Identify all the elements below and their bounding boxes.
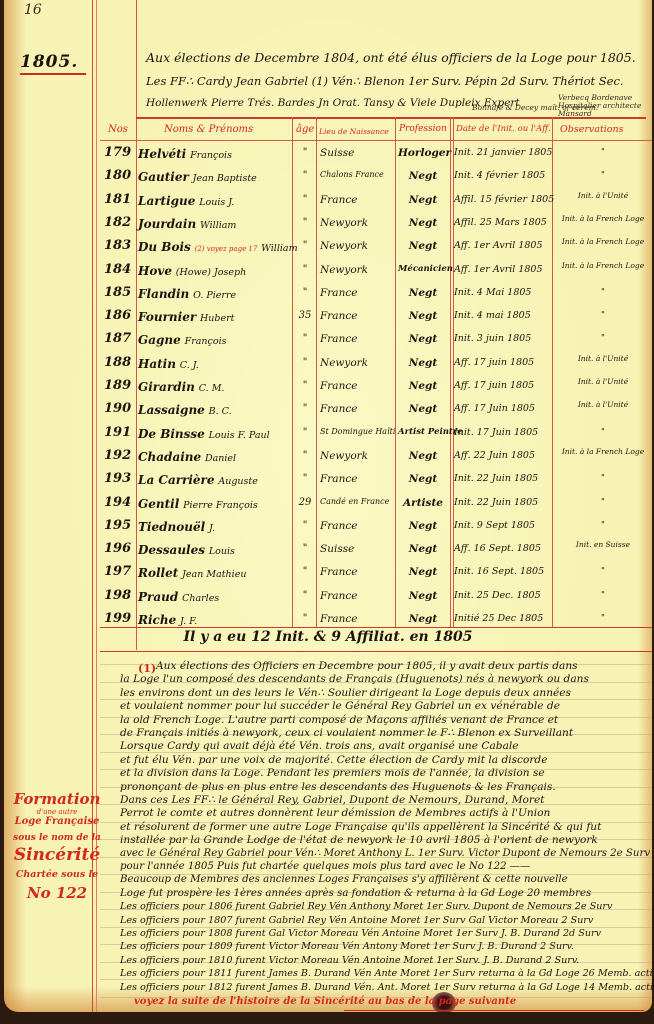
observation: Init. à la French Loge — [556, 215, 650, 223]
note-line: Lorsque Cardy qui avait déjà été Vén. tr… — [120, 740, 519, 752]
birthplace: Suisse — [320, 543, 392, 555]
entry-number: 182 — [104, 215, 134, 230]
initiation-date: Aff. 17 juin 1805 — [454, 380, 550, 391]
member-name: Rollet Jean Mathieu — [138, 566, 288, 580]
birthplace: Newyork — [320, 217, 392, 229]
initiation-date: Affil. 25 Mars 1805 — [454, 217, 550, 228]
note-line: Loge fut prospère les 1ères années après… — [120, 888, 591, 899]
entry-number: 194 — [104, 495, 134, 510]
age: " — [294, 450, 316, 461]
birthplace: France — [320, 590, 392, 602]
birthplace: Candé en France — [320, 497, 392, 506]
col-header-no: Nos — [108, 124, 128, 135]
entry-number: 184 — [104, 262, 134, 277]
entry-number: 199 — [104, 611, 134, 626]
table-row: 195Tiednouël J."FranceNegtInit. 9 Sept 1… — [4, 516, 652, 540]
col-header-date: Date de l'Init. ou l'Aff. — [456, 124, 551, 134]
initiation-date: Affil. 15 février 1805 — [454, 194, 550, 205]
table-row: 180Gautier Jean Baptiste"Chalons FranceN… — [4, 166, 652, 190]
observation: Init. à l'Unité — [556, 192, 650, 200]
age: " — [294, 240, 316, 251]
observation: Init. à l'Unité — [556, 378, 650, 386]
initiation-date: Aff. 17 juin 1805 — [454, 357, 550, 368]
profession: Negt — [398, 380, 448, 392]
entry-number: 181 — [104, 192, 134, 207]
note-line: la old French Loge. L'autre parti compos… — [120, 714, 558, 726]
age: " — [294, 403, 316, 414]
observation: Init. en Suisse — [556, 541, 650, 549]
note-line: et voulaient nommer pour lui succéder le… — [120, 700, 560, 712]
member-name: Helvéti François — [138, 147, 288, 161]
surname: Girardin — [138, 380, 195, 394]
birthplace: Newyork — [320, 264, 392, 276]
surname: Hatin — [138, 357, 176, 371]
observation: " — [556, 473, 650, 483]
observation: " — [556, 520, 650, 530]
age: " — [294, 287, 316, 298]
note-line: de Français initiés à newyork, ceux ci v… — [120, 727, 573, 739]
margin-note-title: Formation — [10, 790, 104, 808]
observation: " — [556, 147, 650, 157]
cross-reference-note: (2) voyez page 17 — [195, 245, 258, 253]
observation: " — [556, 287, 650, 297]
age: " — [294, 543, 316, 554]
continuation-note: voyez la suite de l'histoire de la Sincé… — [134, 996, 516, 1007]
initiation-date: Aff. 16 Sept. 1805 — [454, 543, 550, 554]
given-name: Louis — [209, 546, 235, 557]
surname: La Carrière — [138, 473, 215, 487]
profession: Negt — [398, 543, 448, 555]
age: " — [294, 520, 316, 531]
summary-bottom-rule — [100, 651, 652, 652]
birthplace: Newyork — [320, 450, 392, 462]
initiation-date: Init. 17 Juin 1805 — [454, 427, 550, 438]
birthplace: France — [320, 194, 392, 206]
year-heading: 1805. — [20, 52, 78, 72]
observation: Init. à l'Unité — [556, 355, 650, 363]
profession: Negt — [398, 450, 448, 462]
table-row: 185Flandin O. Pierre"FranceNegtInit. 4 M… — [4, 283, 652, 307]
given-name: O. Pierre — [193, 290, 236, 301]
note-line: et la division dans la Loge. Pendant les… — [120, 767, 545, 779]
birthplace: France — [320, 287, 392, 299]
member-name: La Carrière Auguste — [138, 473, 288, 487]
entry-number: 185 — [104, 285, 134, 300]
observation: Init. à la French Loge — [556, 262, 650, 270]
page-number: 16 — [24, 2, 42, 18]
initiation-date: Aff. 1er Avril 1805 — [454, 240, 550, 251]
member-name: Chadaine Daniel — [138, 450, 288, 464]
table-row: 191De Binsse Louis F. Paul"St Domingue H… — [4, 423, 652, 447]
initiation-date: Init. 22 Juin 1805 — [454, 473, 550, 484]
continuation-underline — [344, 1010, 644, 1011]
member-name: Jourdain William — [138, 217, 288, 231]
given-name: Louis F. Paul — [209, 430, 270, 441]
note-line: Les officiers pour 1811 furent James B. … — [120, 968, 652, 979]
surname: Chadaine — [138, 450, 201, 464]
col-header-profession: Profession — [399, 124, 447, 134]
birthplace: France — [320, 333, 392, 345]
margin-note-sub2: Loge Française — [10, 816, 104, 827]
observation: " — [556, 170, 650, 180]
note-line: installée par la Grande Lodge de l'état … — [120, 834, 598, 846]
given-name: Charles — [182, 593, 219, 604]
age: " — [294, 357, 316, 368]
profession: Negt — [398, 613, 448, 625]
member-name: Du Bois (2) voyez page 17 William — [138, 240, 288, 254]
surname: De Binsse — [138, 427, 205, 441]
initiation-date: Initié 25 Dec 1805 — [454, 613, 550, 624]
member-name: Dessaules Louis — [138, 543, 288, 557]
initiation-date: Init. 25 Dec. 1805 — [454, 590, 550, 601]
table-row: 192Chadaine Daniel"NewyorkNegtAff. 22 Ju… — [4, 446, 652, 470]
entry-number: 197 — [104, 564, 134, 579]
given-name: C. M. — [199, 383, 225, 394]
birthplace: Newyork — [320, 357, 392, 369]
profession: Negt — [398, 590, 448, 602]
col-header-age: âge — [296, 124, 314, 135]
entry-number: 191 — [104, 425, 134, 440]
table-row: 179Helvéti François"SuisseHorlogerInit. … — [4, 143, 652, 167]
table-row: 187Gagne François"FranceNegtInit. 3 juin… — [4, 329, 652, 353]
surname: Jourdain — [138, 217, 196, 231]
note-line: Les officiers pour 1808 furent Gal Victo… — [120, 928, 601, 939]
surname: Riche — [138, 613, 176, 627]
surname: Lartigue — [138, 194, 195, 208]
member-name: Tiednouël J. — [138, 520, 288, 534]
birthplace: France — [320, 566, 392, 578]
member-name: Hove (Howe) Joseph — [138, 264, 288, 278]
observation: " — [556, 497, 650, 507]
birthplace: France — [320, 403, 392, 415]
surname: Du Bois — [138, 240, 191, 254]
birthplace: Chalons France — [320, 170, 392, 179]
member-name: Riche J. F. — [138, 613, 288, 627]
age: " — [294, 566, 316, 577]
initiation-date: Aff. 22 Juin 1805 — [454, 450, 550, 461]
age: " — [294, 380, 316, 391]
observation: " — [556, 590, 650, 600]
profession: Negt — [398, 240, 448, 252]
member-name: De Binsse Louis F. Paul — [138, 427, 288, 441]
profession: Negt — [398, 357, 448, 369]
birthplace: St Domingue Haïti — [320, 427, 392, 436]
margin-note-sub3: sous le nom de la — [10, 833, 104, 843]
year-underline — [20, 73, 86, 75]
profession: Artiste — [398, 497, 448, 509]
member-name: Gentil Pierre François — [138, 497, 288, 511]
age: " — [294, 590, 316, 601]
birthplace: France — [320, 473, 392, 485]
note-line: et résolurent de former une autre Loge F… — [120, 821, 601, 833]
profession: Negt — [398, 333, 448, 345]
note-line: Dans ces Les FF∴ le Général Rey, Gabriel… — [120, 794, 545, 806]
given-name: Louis J. — [199, 197, 234, 208]
table-row: 190Lassaigne B. C."FranceNegtAff. 17 Jui… — [4, 399, 652, 423]
member-name: Lassaigne B. C. — [138, 403, 288, 417]
observation: " — [556, 566, 650, 576]
birthplace: Suisse — [320, 147, 392, 159]
initiation-date: Init. 4 mai 1805 — [454, 310, 550, 321]
surname: Praud — [138, 590, 178, 604]
profession: Mécanicien — [398, 264, 448, 274]
entry-number: 187 — [104, 331, 134, 346]
age: " — [294, 264, 316, 275]
entry-number: 195 — [104, 518, 134, 533]
member-name: Flandin O. Pierre — [138, 287, 288, 301]
header-line-3-note-b: Verbecq Bordenave Hospitalier architecte… — [558, 94, 648, 118]
member-name: Gagne François — [138, 333, 288, 347]
initiation-date: Init. 4 février 1805 — [454, 170, 550, 181]
entry-number: 196 — [104, 541, 134, 556]
member-name: Hatin C. J. — [138, 357, 288, 371]
note-line: prononçant de plus en plus entre les des… — [120, 781, 556, 793]
surname: Dessaules — [138, 543, 205, 557]
age: 35 — [294, 310, 316, 321]
note-line: Les officiers pour 1807 furent Gabriel R… — [120, 915, 593, 926]
entry-number: 189 — [104, 378, 134, 393]
surname: Helvéti — [138, 147, 186, 161]
entry-number: 193 — [104, 471, 134, 486]
table-top-rule — [136, 117, 646, 119]
margin-note: Formation d'une autre Loge Française sou… — [10, 790, 104, 902]
profession: Negt — [398, 170, 448, 182]
header-line-1: Aux élections de Decembre 1804, ont été … — [146, 50, 636, 65]
note-line: Beaucoup de Membres des anciennes Loges … — [120, 874, 568, 885]
birthplace: France — [320, 520, 392, 532]
header-line-2: Les FF∴ Cardy Jean Gabriel (1) Vén∴ Blen… — [146, 74, 624, 88]
surname: Gentil — [138, 497, 179, 511]
profession: Negt — [398, 217, 448, 229]
entry-number: 186 — [104, 308, 134, 323]
age: " — [294, 473, 316, 484]
given-name: J. — [209, 523, 215, 534]
initiation-date: Init. 3 juin 1805 — [454, 333, 550, 344]
surname: Gagne — [138, 333, 181, 347]
observation: Init. à l'Unité — [556, 401, 650, 409]
initiation-date: Init. 4 Mai 1805 — [454, 287, 550, 298]
observation: " — [556, 333, 650, 343]
given-name: Auguste — [218, 476, 258, 487]
observation: " — [556, 310, 650, 320]
note-line: Les officiers pour 1812 furent James B. … — [120, 982, 652, 993]
table-row: 196Dessaules Louis"SuisseNegtAff. 16 Sep… — [4, 539, 652, 563]
surname: Fournier — [138, 310, 196, 324]
given-name: B. C. — [209, 406, 232, 417]
given-name: François — [185, 336, 227, 347]
entry-number: 183 — [104, 238, 134, 253]
table-row: 183Du Bois (2) voyez page 17 William"New… — [4, 236, 652, 260]
initiation-date: Aff. 1er Avril 1805 — [454, 264, 550, 275]
note-line: Les officiers pour 1809 furent Victor Mo… — [120, 941, 574, 952]
margin-note-number: No 122 — [10, 884, 104, 902]
observation: " — [556, 613, 650, 623]
age: " — [294, 217, 316, 228]
col-header-name: Noms & Prénoms — [164, 124, 253, 135]
age: " — [294, 147, 316, 158]
initiation-date: Init. 21 janvier 1805 — [454, 147, 550, 158]
table-row: 194Gentil Pierre François29Candé en Fran… — [4, 493, 652, 517]
given-name: Daniel — [205, 453, 236, 464]
profession: Negt — [398, 566, 448, 578]
profession: Negt — [398, 194, 448, 206]
margin-note-sub1: d'une autre — [10, 808, 104, 816]
table-header-rule — [100, 140, 652, 141]
entry-number: 198 — [104, 588, 134, 603]
observation: Init. à la French Loge — [556, 448, 650, 456]
entry-number: 188 — [104, 355, 134, 370]
observation: Init. à la French Loge — [556, 238, 650, 246]
summary-line: Il y a eu 12 Init. & 9 Affiliat. en 1805 — [4, 629, 652, 645]
initiation-date: Init. 22 Juin 1805 — [454, 497, 550, 508]
note-line: Perrot le comte et autres donnèrent leur… — [120, 807, 550, 819]
given-name: Jean Baptiste — [193, 173, 257, 184]
profession: Negt — [398, 520, 448, 532]
surname: Lassaigne — [138, 403, 205, 417]
given-name: François — [190, 150, 232, 161]
table-row: 182Jourdain William"NewyorkNegtAffil. 25… — [4, 213, 652, 237]
member-name: Girardin C. M. — [138, 380, 288, 394]
profession: Horloger — [398, 147, 448, 159]
profession: Artist Peintre — [398, 427, 448, 437]
given-name: Pierre François — [183, 500, 258, 511]
given-name: J. F. — [180, 616, 197, 627]
member-name: Fournier Hubert — [138, 310, 288, 324]
note-line: la Loge l'un composé des descendants de … — [120, 673, 589, 685]
profession: Negt — [398, 403, 448, 415]
table-row: 189Girardin C. M."FranceNegtAff. 17 juin… — [4, 376, 652, 400]
member-name: Lartigue Louis J. — [138, 194, 288, 208]
surname: Tiednouël — [138, 520, 205, 534]
birthplace: France — [320, 380, 392, 392]
table-row: 186Fournier Hubert35FranceNegtInit. 4 ma… — [4, 306, 652, 330]
col-header-observations: Observations — [560, 124, 624, 135]
age: " — [294, 333, 316, 344]
margin-note-sub4: Chartée sous le — [10, 869, 104, 880]
given-name: William — [261, 243, 297, 254]
age: " — [294, 427, 316, 438]
table-row: 188Hatin C. J."NewyorkNegtAff. 17 juin 1… — [4, 353, 652, 377]
note-line: pour l'année 1805 Puis fut chartée quelq… — [120, 861, 530, 872]
table-row: 193La Carrière Auguste"FranceNegtInit. 2… — [4, 469, 652, 493]
note-line: Les officiers pour 1810 furent Victor Mo… — [120, 955, 579, 966]
note-line: Aux élections des Officiers en Decembre … — [156, 660, 578, 672]
note-line: et fut élu Vén. par une voix de majorité… — [120, 754, 547, 766]
surname: Hove — [138, 264, 172, 278]
age: " — [294, 170, 316, 181]
table-row: 181Lartigue Louis J."FranceNegtAffil. 15… — [4, 190, 652, 214]
birthplace: France — [320, 310, 392, 322]
profession: Negt — [398, 310, 448, 322]
profession: Negt — [398, 287, 448, 299]
margin-note-name: Sincérité — [10, 845, 104, 865]
initiation-date: Aff. 17 Juin 1805 — [454, 403, 550, 414]
birthplace: France — [320, 613, 392, 625]
surname: Flandin — [138, 287, 189, 301]
col-header-birthplace: Lieu de Naissance — [319, 127, 389, 136]
entry-number: 179 — [104, 145, 134, 160]
note-line: Les officiers pour 1806 furent Gabriel R… — [120, 901, 612, 912]
initiation-date: Init. 9 Sept 1805 — [454, 520, 550, 531]
header-line-3: Hollenwerk Pierre Trés. Bardes Jn Orat. … — [146, 97, 520, 109]
profession: Negt — [398, 473, 448, 485]
member-name: Gautier Jean Baptiste — [138, 170, 288, 184]
initiation-date: Init. 16 Sept. 1805 — [454, 566, 550, 577]
age: " — [294, 613, 316, 624]
given-name: Hubert — [200, 313, 234, 324]
ledger-page: 16 1805. Aux élections de Decembre 1804,… — [4, 0, 652, 1012]
entry-number: 190 — [104, 401, 134, 416]
given-name: William — [200, 220, 236, 231]
given-name: (Howe) Joseph — [176, 267, 246, 278]
birthplace: Newyork — [320, 240, 392, 252]
age: 29 — [294, 497, 316, 508]
table-row: 197Rollet Jean Mathieu"FranceNegtInit. 1… — [4, 562, 652, 586]
table-row: 198Praud Charles"FranceNegtInit. 25 Dec.… — [4, 586, 652, 610]
surname: Rollet — [138, 566, 178, 580]
member-name: Praud Charles — [138, 590, 288, 604]
note-line: les environs dont un des leurs le Vén∴ S… — [120, 687, 571, 699]
age: " — [294, 194, 316, 205]
given-name: Jean Mathieu — [182, 569, 246, 580]
note-line: avec le Général Rey Gabriel pour Vén∴ Mo… — [120, 848, 650, 859]
given-name: C. J. — [180, 360, 199, 371]
entry-number: 192 — [104, 448, 134, 463]
surname: Gautier — [138, 170, 189, 184]
table-row: 184Hove (Howe) Joseph"NewyorkMécanicienA… — [4, 260, 652, 284]
entry-number: 180 — [104, 168, 134, 183]
observation: " — [556, 427, 650, 437]
